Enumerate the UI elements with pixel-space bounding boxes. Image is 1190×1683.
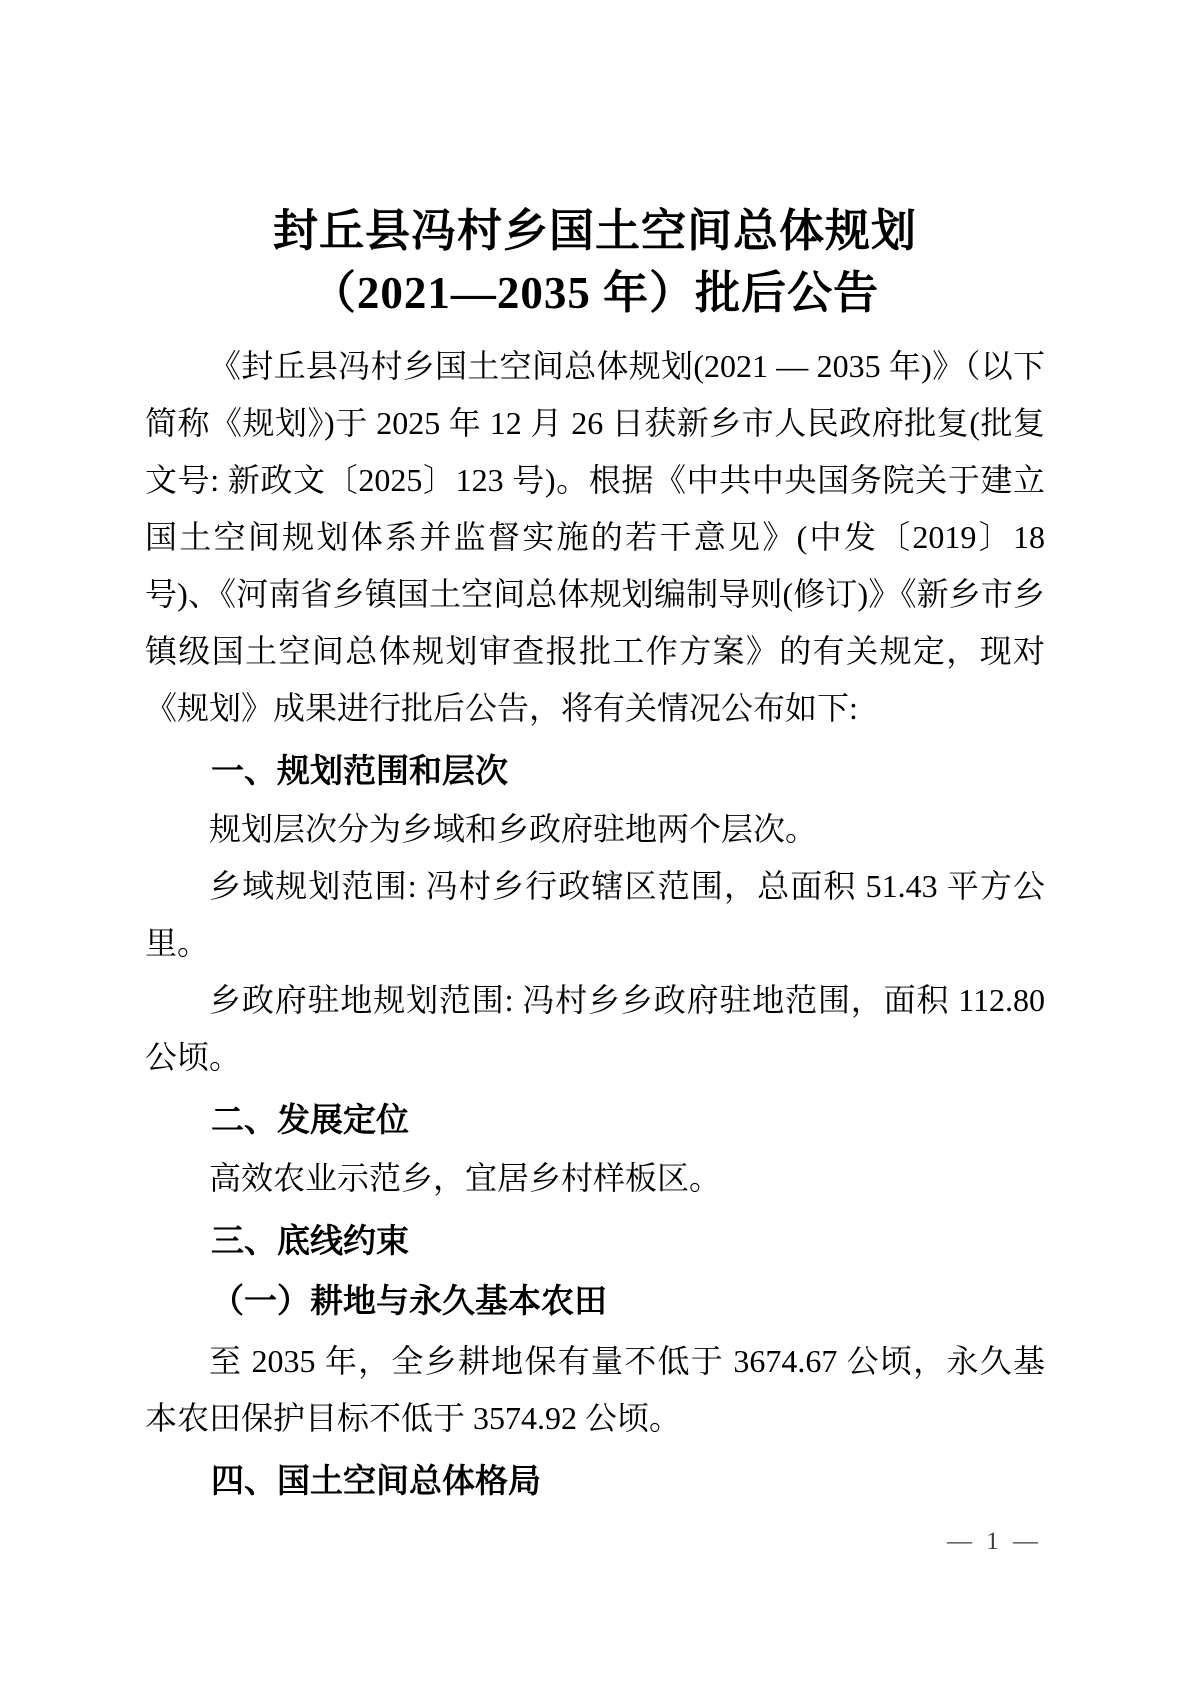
- farmland-targets-paragraph: 至 2035 年，全乡耕地保有量不低于 3674.67 公顷，永久基本农田保护目…: [145, 1333, 1045, 1447]
- planning-levels-paragraph: 规划层次分为乡域和乡政府驻地两个层次。: [145, 801, 1045, 858]
- development-positioning-paragraph: 高效农业示范乡，宜居乡村样板区。: [145, 1150, 1045, 1207]
- section-heading-2: 二、发展定位: [145, 1091, 1045, 1148]
- section-heading-4: 四、国土空间总体格局: [145, 1452, 1045, 1509]
- subsection-heading-farmland: （一）耕地与永久基本农田: [145, 1274, 1045, 1331]
- document-title-line2: （2021—2035 年）批后公告: [145, 262, 1045, 324]
- government-seat-scope-paragraph: 乡政府驻地规划范围: 冯村乡乡政府驻地范围，面积 112.80 公顷。: [145, 972, 1045, 1086]
- document-page: 封丘县冯村乡国土空间总体规划 （2021—2035 年）批后公告 《封丘县冯村乡…: [0, 0, 1190, 1683]
- township-scope-paragraph: 乡域规划范围: 冯村乡行政辖区范围，总面积 51.43 平方公里。: [145, 858, 1045, 972]
- section-heading-3: 三、底线约束: [145, 1212, 1045, 1269]
- section-heading-1: 一、规划范围和层次: [145, 742, 1045, 799]
- page-number: — 1 —: [947, 1528, 1042, 1556]
- document-title: 封丘县冯村乡国土空间总体规划 （2021—2035 年）批后公告: [145, 200, 1045, 324]
- document-content: 封丘县冯村乡国土空间总体规划 （2021—2035 年）批后公告 《封丘县冯村乡…: [145, 200, 1045, 1511]
- document-title-line1: 封丘县冯村乡国土空间总体规划: [145, 200, 1045, 262]
- intro-paragraph: 《封丘县冯村乡国土空间总体规划(2021 — 2035 年)》（以下简称《规划》…: [145, 338, 1045, 737]
